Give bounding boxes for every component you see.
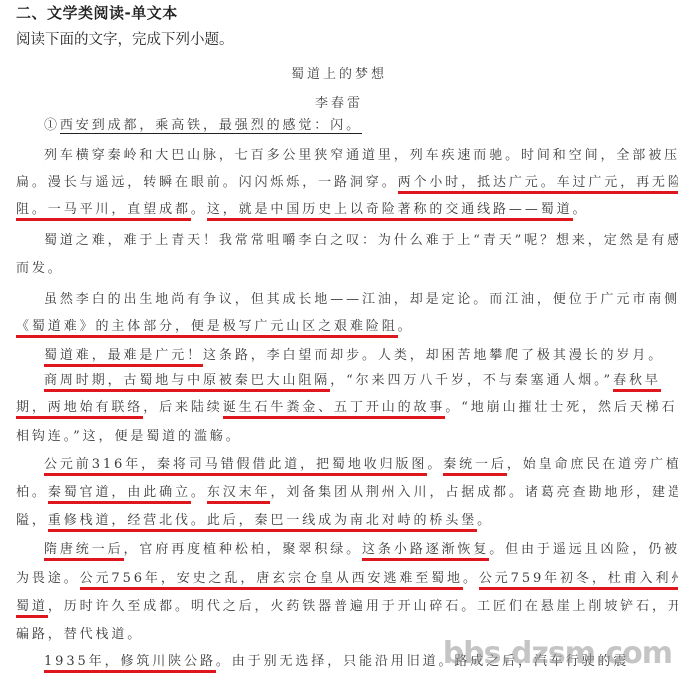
red-underlined-text: 商周时期，古蜀地与中原被秦巴大山阻隔: [44, 373, 330, 392]
text-segment: 蜀道之难，难于上青天！我常常咀嚼李白之叹：为什么难于上“青天”呢？想来，定然是有…: [44, 233, 678, 248]
text-segment: ，始皇命庶民在道旁广植松: [507, 457, 678, 472]
red-underlined-text: 这，就是中国历史上以奇险著称的交通线路——蜀道: [207, 202, 573, 221]
text-segment: ，刘备集团从荆州入川，占据成都。诸葛亮查勘地形，建造关: [270, 485, 678, 500]
red-underlined-text: 两个小时，抵达广元。车过广元，再无险: [398, 175, 678, 194]
red-underlined-text: 隋唐统一后: [44, 542, 124, 561]
text-segment: 虽然李白的出生地尚有争议，但其成长地——江油，却是定论。而江油，便位于广元市南侧…: [44, 292, 678, 307]
text-segment: 隘，: [16, 513, 48, 528]
red-underlined-text: 重修栈道，经营北伐。此后，秦巴一线成为南北对峙的桥头堡: [48, 513, 477, 532]
red-underlined-text: 《蜀道难》的主体部分，便是极写广元山区之艰难险阻: [16, 319, 398, 338]
paragraph-line: 公元前316年，秦将司马错假借此道，把蜀地收归版图。秦统一后，始皇命庶民在道旁广…: [44, 456, 662, 478]
red-underlined-text: 公元759年初冬，杜甫入利州，登: [479, 571, 678, 590]
red-underlined-text: 蜀道难，最难是广元！: [44, 348, 203, 367]
article-author: 李春雷: [0, 92, 678, 111]
paragraph-line: 蜀道难，最难是广元！这条路，李白望而却步。人类，却困苦地攀爬了极其漫长的岁月。: [44, 347, 662, 369]
red-underlined-text: 秦统一后: [443, 457, 507, 476]
paragraph-line: 期，两地始有联络，后来陆续诞生石牛粪金、五丁开山的故事。“地崩山摧壮士死，然后天…: [16, 399, 662, 421]
red-underlined-text: 公元756年，安史之乱，唐玄宗仓皇从西安逃难至蜀地: [80, 571, 463, 590]
text-segment: 列车横穿秦岭和大巴山脉，七百多公里狭窄通道里，列车疾速而驰。时间和空间，全部被压: [44, 148, 678, 163]
red-underlined-text: 1935年，修筑川陕公路: [44, 654, 216, 673]
paragraph-line: 柏。秦蜀官道，由此确立。东汉末年，刘备集团从荆州入川，占据成都。诸葛亮查勘地形，…: [16, 484, 662, 506]
red-underlined-text: 这条小路逐渐恢复: [362, 542, 489, 561]
text-segment: 扁。漫长与遥远，转瞬在眼前。闪闪烁烁，一路洞穿。: [16, 175, 398, 190]
text-segment: ，后来陆续: [143, 400, 223, 415]
paragraph-line: 隋唐统一后，官府再度植种松柏，聚翠积绿。这条小路逐渐恢复。但由于遥远且凶险，仍被…: [44, 541, 662, 563]
instruction-text: 阅读下面的文字，完成下列小题。: [16, 28, 234, 49]
red-underlined-text: 期，两地始有联络: [16, 400, 143, 419]
underlined-text: 西安到成都，乘高铁，最强烈的感觉：闪。: [60, 118, 362, 134]
red-underlined-text: 东汉末年: [207, 485, 271, 504]
text-segment: 为畏途。: [16, 571, 80, 586]
text-segment: 。“地崩山摧壮士死，然后天梯石栈: [445, 400, 678, 415]
text-segment: 。: [427, 457, 443, 472]
article-title: 蜀道上的梦想: [0, 63, 678, 82]
paragraph-line: 隘，重修栈道，经营北伐。此后，秦巴一线成为南北对峙的桥头堡。: [16, 512, 662, 534]
paragraph-line: 而发。: [16, 260, 662, 282]
text-segment: 。: [463, 571, 479, 586]
text-segment: 碥路，替代栈道。: [16, 627, 143, 642]
paragraph-line: 虽然李白的出生地尚有争议，但其成长地——江油，却是定论。而江油，便位于广元市南侧…: [44, 291, 662, 313]
text-segment: 相钩连。”这，便是蜀道的滥觞。: [16, 429, 242, 444]
paragraph-line: 蜀道，历时许久至成都。明代之后，火药铁器普遍用于开山碎石。工匠们在悬崖上削坡铲石…: [16, 598, 662, 620]
paragraph-line: 商周时期，古蜀地与中原被秦巴大山阻隔，“尔来四万八千岁，不与秦塞通人烟。”春秋早: [44, 372, 662, 394]
paragraph-line: 为畏途。公元756年，安史之乱，唐玄宗仓皇从西安逃难至蜀地。公元759年初冬，杜…: [16, 570, 662, 592]
red-underlined-text: 春秋早: [613, 373, 661, 392]
watermark: bbs.dzsm.com: [443, 636, 672, 671]
section-title: 二、文学类阅读-单文本: [16, 2, 178, 23]
paragraph-line: 蜀道之难，难于上青天！我常常咀嚼李白之叹：为什么难于上“青天”呢？想来，定然是有…: [44, 232, 662, 254]
text-segment: 。: [477, 513, 493, 528]
text-segment: 。: [191, 202, 207, 217]
text-segment: ①: [44, 118, 60, 133]
red-underlined-text: 秦蜀官道，由此确立: [48, 485, 191, 504]
text-segment: 而发。: [16, 261, 64, 276]
red-underlined-text: 蜀道: [16, 599, 48, 618]
text-segment: 。但由于遥远且凶险，仍被视: [489, 542, 678, 557]
text-segment: ，“尔来四万八千岁，不与秦塞通人烟。”: [330, 373, 613, 388]
paragraph-line: 扁。漫长与遥远，转瞬在眼前。闪闪烁烁，一路洞穿。两个小时，抵达广元。车过广元，再…: [16, 174, 662, 196]
text-segment: 这条路，李白望而却步。人类，却困苦地攀爬了极其漫长的岁月。: [203, 348, 664, 363]
red-underlined-text: 诞生石牛粪金、五丁开山的故事: [223, 400, 446, 419]
text-segment: 柏。: [16, 485, 48, 500]
red-underlined-text: 阻。一马平川，直望成都: [16, 202, 191, 221]
text-segment: ，历时许久至成都。明代之后，火药铁器普遍用于开山碎石。工匠们在悬崖上削坡铲石，开…: [48, 599, 678, 614]
paragraph-line: 《蜀道难》的主体部分，便是极写广元山区之艰难险阻。: [16, 318, 662, 340]
text-segment: ，官府再度植种松柏，聚翠积绿。: [124, 542, 363, 557]
paragraph-line: 列车横穿秦岭和大巴山脉，七百多公里狭窄通道里，列车疾速而驰。时间和空间，全部被压: [44, 147, 662, 169]
text-segment: 。: [191, 485, 207, 500]
text-segment: 。: [398, 319, 414, 334]
red-underlined-text: 公元前316年，秦将司马错假借此道，把蜀地收归版图: [44, 457, 427, 476]
paragraph-line: ①西安到成都，乘高铁，最强烈的感觉：闪。: [44, 117, 662, 139]
paragraph-line: 阻。一马平川，直望成都。这，就是中国历史上以奇险著称的交通线路——蜀道。: [16, 201, 662, 223]
text-segment: 。: [573, 202, 589, 217]
paragraph-line: 相钩连。”这，便是蜀道的滥觞。: [16, 428, 662, 450]
